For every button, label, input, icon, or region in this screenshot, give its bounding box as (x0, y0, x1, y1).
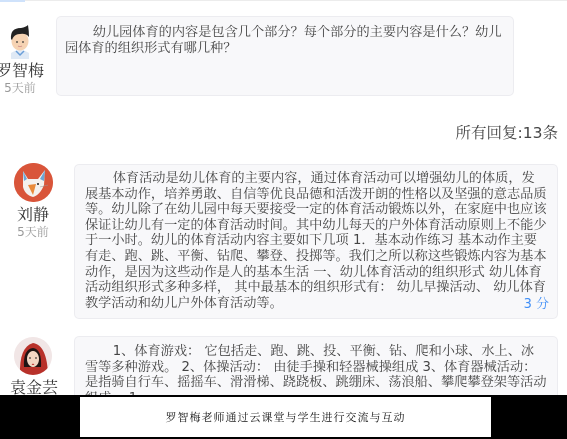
reply-count-label: 所有回复:13条 (456, 121, 558, 143)
reply-post: 刘静 5天前 体育活动是幼儿体育的主要内容，通过体育活动可以增强幼儿的体质，发展… (0, 160, 567, 320)
question-author: 罗智梅 5天前 (0, 25, 46, 95)
reply-bubble: 1、体育游戏： 它包括走、跑、跳、投、平衡、钻、爬和小球、水上、冰雪等多种游戏。… (74, 336, 558, 395)
post-time: 5天前 (0, 81, 46, 95)
reply-text: 1、体育游戏： 它包括走、跑、跳、投、平衡、钻、爬和小球、水上、冰雪等多种游戏。… (85, 344, 547, 395)
reply-post: 袁金芸 1、体育游戏： 它包括走、跑、跳、投、平衡、钻、爬和小球、水上、冰雪等多… (0, 334, 567, 395)
question-post: 罗智梅 5天前 幼儿园体育的内容是包含几个部分？每个部分的主要内容是什么？幼儿园… (0, 0, 567, 110)
reply-bubble: 体育活动是幼儿体育的主要内容，通过体育活动可以增强幼儿的体质，发展基本动作，培养… (74, 164, 558, 319)
post-time: 5天前 (10, 225, 56, 239)
author-name[interactable]: 刘静 (10, 205, 56, 225)
question-text: 幼儿园体育的内容是包含几个部分？每个部分的主要内容是什么？幼儿园体育的组织形式有… (65, 25, 507, 56)
reply-text: 体育活动是幼儿体育的主要内容，通过体育活动可以增强幼儿的体质，发展基本动作，培养… (85, 171, 547, 311)
author-name[interactable]: 袁金芸 (10, 378, 56, 395)
author-name[interactable]: 罗智梅 (0, 61, 46, 81)
score-badge: 3 分 (524, 293, 549, 312)
reply-author: 刘静 5天前 (10, 163, 56, 239)
caption-text: 罗智梅老师通过云课堂与学生进行交流与互动 (80, 397, 491, 437)
fox-illustration-avatar-icon[interactable] (14, 163, 53, 202)
reply-author: 袁金芸 (10, 337, 56, 395)
woman-red-hood-avatar-icon[interactable] (14, 337, 52, 375)
question-bubble: 幼儿园体育的内容是包含几个部分？每个部分的主要内容是什么？幼儿园体育的组织形式有… (56, 16, 514, 96)
caption-bar: 罗智梅老师通过云课堂与学生进行交流与互动 (0, 395, 567, 439)
male-cartoon-avatar-icon[interactable] (4, 25, 36, 59)
